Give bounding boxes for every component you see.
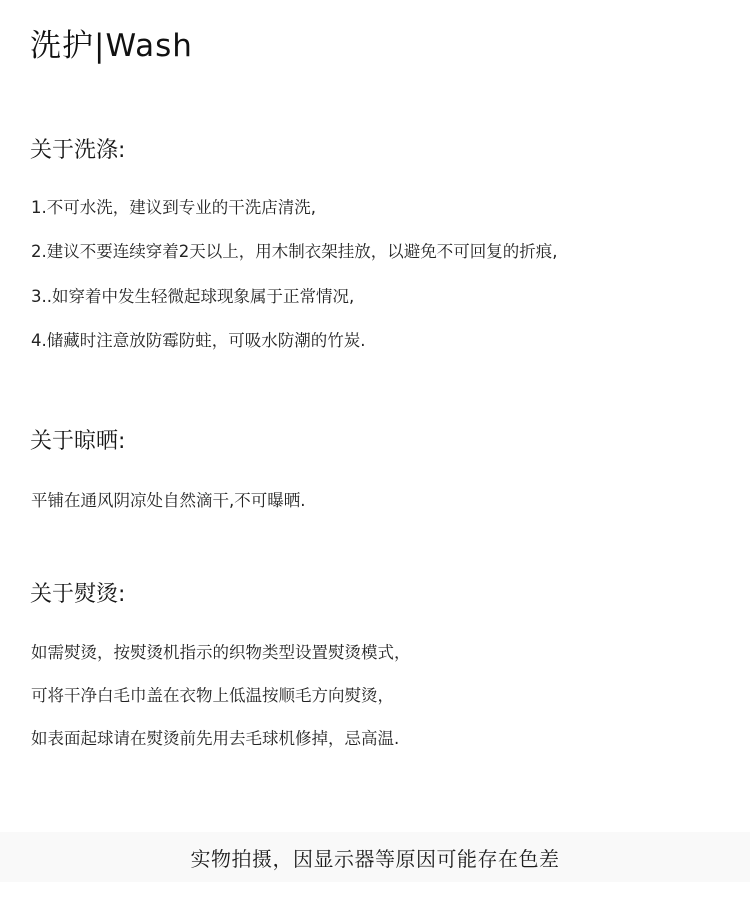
washing-line-1: 1.不可水洗，建议到专业的干洗店清洗, [31, 197, 316, 219]
ironing-heading: 关于熨烫: [30, 580, 125, 610]
drying-line-1: 平铺在通风阴凉处自然滴干,不可曝晒. [31, 490, 306, 512]
washing-line-2: 2.建议不要连续穿着2天以上，用木制衣架挂放，以避免不可回复的折痕, [31, 241, 558, 263]
page-title: 洗护|Wash [30, 26, 193, 66]
washing-line-3: 3..如穿着中发生轻微起球现象属于正常情况, [31, 286, 354, 308]
washing-heading: 关于洗涤: [30, 136, 125, 166]
color-disclaimer-text: 实物拍摄，因显示器等原因可能存在色差 [191, 843, 560, 872]
ironing-line-3: 如表面起球请在熨烫前先用去毛球机修掉，忌高温. [31, 728, 399, 750]
ironing-line-2: 可将干净白毛巾盖在衣物上低温按顺毛方向熨烫， [31, 685, 394, 707]
ironing-line-1: 如需熨烫，按熨烫机指示的织物类型设置熨烫模式， [31, 642, 411, 664]
color-disclaimer-band: 实物拍摄，因显示器等原因可能存在色差 [0, 832, 750, 882]
drying-heading: 关于晾晒: [30, 427, 125, 457]
washing-line-4: 4.储藏时注意放防霉防蛀，可吸水防潮的竹炭. [31, 330, 366, 352]
